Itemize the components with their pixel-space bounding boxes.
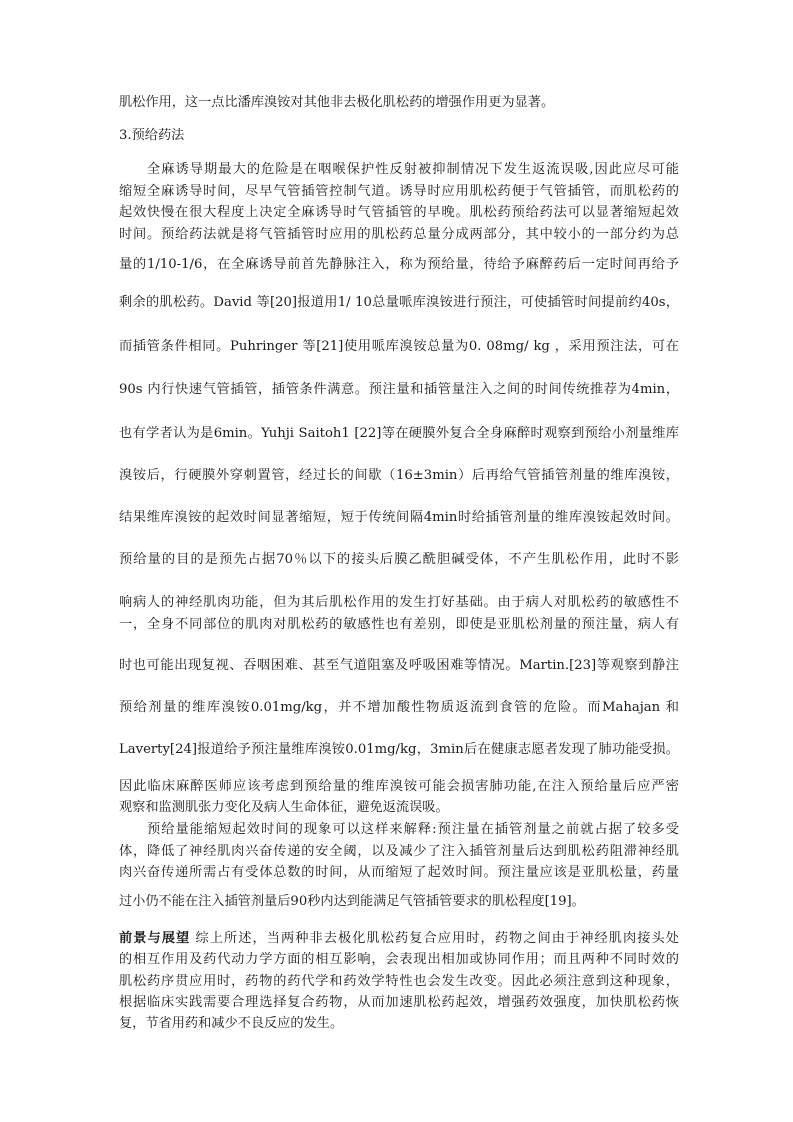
line-text: 也有学者认为是6min。Yuhji Saitoh1 [22]等在硬膜外复合全身麻…	[119, 426, 679, 441]
text-line: 肌松药序贯应用时，药物的药代学和药效学特性也会发生改变。因此必须注意到这种现象，	[119, 973, 679, 991]
text-line: 肉兴奋传递所需占有受体总数的时间，从而缩短了起效时间。预注量应该是亚肌松量，药量	[119, 864, 679, 882]
text-line: 根据临床实践需要合理选择复合药物，从而加速肌松药起效，增强药效强度，加快肌松药恢	[119, 994, 679, 1012]
line-text: 溴铵后，行硬膜外穿刺置管，经过长的间歇（16±3min）后再给气管插管剂量的维库…	[119, 468, 679, 483]
line-text: 因此临床麻醉医师应该考虑到预给量的维库溴铵可能会损害肺功能,在注入预给量后应严密	[119, 779, 679, 794]
line-text: 根据临床实践需要合理选择复合药物，从而加速肌松药起效，增强药效强度，加快肌松药恢	[119, 995, 679, 1010]
line-text: 量的1/10-1/6，在全麻诱导前首先静脉注入，称为预给量，待给予麻醉药后一定时…	[119, 257, 679, 272]
text-line: 响病人的神经肌肉功能，但为其后肌松作用的发生打好基础。由于病人对肌松药的敏感性不	[119, 594, 679, 612]
text-line: 起效快慢在很大程度上决定全麻诱导时气管插管的早晚。肌松药预给药法可以显著缩短起效	[119, 204, 679, 222]
line-text: 一，全身不同部位的肌肉对肌松药的敏感性也有差别，即使是亚肌松剂量的预注量，病人有	[119, 617, 679, 632]
line-text: 肌松作用，这一点比潘库溴铵对其他非去极化肌松药的增强作用更为显著。	[119, 95, 554, 110]
text-line: 过小仍不能在注入插管剂量后90秒内达到能满足气管插管要求的肌松程度[19]。	[119, 893, 679, 911]
text-line: 预给量的目的是预先占据70％以下的接头后膜乙酰胆碱受体，不产生肌松作用，此时不影	[119, 551, 679, 569]
text-line: Laverty[24]报道给予预注量维库溴铵0.01mg/kg，3min后在健康…	[119, 741, 679, 759]
line-text: 预给剂量的维库溴铵0.01mg/kg，并不增加酸性物质返流到食管的危险。而Mah…	[119, 700, 679, 715]
section-heading-line: 前景与展望 综上所述，当两种非去极化肌松药复合应用时，药物之间由于神经肌肉接头处	[119, 930, 679, 948]
line-text: 时间。预给药法就是将气管插管时应用的肌松药总量分成两部分，其中较小的一部分约为总	[119, 227, 679, 242]
text-line: 3.预给药法	[119, 127, 679, 145]
line-text: 过小仍不能在注入插管剂量后90秒内达到能满足气管插管要求的肌松程度[19]。	[119, 894, 585, 909]
line-text: 预给量能缩短起效时间的现象可以这样来解释:预注量在插管剂量之前就占据了较多受	[147, 822, 679, 837]
text-line: 预给剂量的维库溴铵0.01mg/kg，并不增加酸性物质返流到食管的危险。而Mah…	[119, 699, 679, 717]
line-text: 起效快慢在很大程度上决定全麻诱导时气管插管的早晚。肌松药预给药法可以显著缩短起效	[119, 205, 679, 220]
text-line: 时也可能出现复视、吞咽困难、甚至气道阻塞及呼吸困难等情况。Martin.[23]…	[119, 657, 679, 675]
text-line: 量的1/10-1/6，在全麻诱导前首先静脉注入，称为预给量，待给予麻醉药后一定时…	[119, 256, 679, 274]
text-line: 预给量能缩短起效时间的现象可以这样来解释:预注量在插管剂量之前就占据了较多受	[147, 821, 679, 839]
line-text: 复，节省用药和减少不良反应的发生。	[119, 1016, 343, 1031]
section-heading: 前景与展望	[119, 931, 190, 946]
text-line: 也有学者认为是6min。Yuhji Saitoh1 [22]等在硬膜外复合全身麻…	[119, 425, 679, 443]
line-text: 而插管条件相同。Puhringer 等[21]使用哌库溴铵总量为0. 08mg/…	[119, 339, 679, 354]
text-line: 结果维库溴铵的起效时间显著缩短，短于传统间隔4min时给插管剂量的维库溴铵起效时…	[119, 509, 679, 527]
document-page: 肌松作用，这一点比潘库溴铵对其他非去极化肌松药的增强作用更为显著。3.预给药法全…	[0, 0, 793, 1122]
line-text: 肌松药序贯应用时，药物的药代学和药效学特性也会发生改变。因此必须注意到这种现象，	[119, 974, 679, 989]
line-text: 预给量的目的是预先占据70％以下的接头后膜乙酰胆碱受体，不产生肌松作用，此时不影	[119, 552, 679, 567]
line-text: 体，降低了神经肌肉兴奋传递的安全阈，以及减少了注入插管剂量后达到肌松药阻滞神经肌	[119, 844, 679, 859]
line-text: 综上所述，当两种非去极化肌松药复合应用时，药物之间由于神经肌肉接头处	[190, 931, 679, 946]
text-line: 90s 内行快速气管插管，插管条件满意。预注量和插管量注入之间的时间传统推荐为4…	[119, 381, 679, 399]
text-line: 因此临床麻醉医师应该考虑到预给量的维库溴铵可能会损害肺功能,在注入预给量后应严密	[119, 778, 679, 796]
text-line: 全麻诱导期最大的危险是在咽喉保护性反射被抑制情况下发生返流误吸,因此应尽可能	[147, 161, 679, 179]
text-line: 的相互作用及药代动力学方面的相互影响，会表现出相加或协同作用；而且两种不同时效的	[119, 951, 679, 969]
text-line: 缩短全麻诱导时间，尽早气管插管控制气道。诱导时应用肌松药便于气管插管，而肌松药的	[119, 183, 679, 201]
line-text: 观察和监测肌张力变化及病人生命体征，避免返流误吸。	[119, 800, 449, 815]
text-line: 一，全身不同部位的肌肉对肌松药的敏感性也有差别，即使是亚肌松剂量的预注量，病人有	[119, 616, 679, 634]
line-text: 响病人的神经肌肉功能，但为其后肌松作用的发生打好基础。由于病人对肌松药的敏感性不	[119, 595, 679, 610]
text-line: 时间。预给药法就是将气管插管时应用的肌松药总量分成两部分，其中较小的一部分约为总	[119, 226, 679, 244]
line-text: 的相互作用及药代动力学方面的相互影响，会表现出相加或协同作用；而且两种不同时效的	[119, 952, 679, 967]
text-line: 体，降低了神经肌肉兴奋传递的安全阈，以及减少了注入插管剂量后达到肌松药阻滞神经肌	[119, 843, 679, 861]
line-text: 时也可能出现复视、吞咽困难、甚至气道阻塞及呼吸困难等情况。Martin.[23]…	[119, 658, 679, 673]
line-text: 结果维库溴铵的起效时间显著缩短，短于传统间隔4min时给插管剂量的维库溴铵起效时…	[119, 510, 679, 525]
line-text: Laverty[24]报道给予预注量维库溴铵0.01mg/kg，3min后在健康…	[119, 742, 679, 757]
text-line: 而插管条件相同。Puhringer 等[21]使用哌库溴铵总量为0. 08mg/…	[119, 338, 679, 356]
line-text: 缩短全麻诱导时间，尽早气管插管控制气道。诱导时应用肌松药便于气管插管，而肌松药的	[119, 184, 679, 199]
text-line: 观察和监测肌张力变化及病人生命体征，避免返流误吸。	[119, 799, 679, 817]
line-text: 90s 内行快速气管插管，插管条件满意。预注量和插管量注入之间的时间传统推荐为4…	[119, 382, 679, 397]
text-line: 溴铵后，行硬膜外穿刺置管，经过长的间歇（16±3min）后再给气管插管剂量的维库…	[119, 467, 679, 485]
text-line: 肌松作用，这一点比潘库溴铵对其他非去极化肌松药的增强作用更为显著。	[119, 94, 679, 112]
line-text: 肉兴奋传递所需占有受体总数的时间，从而缩短了起效时间。预注量应该是亚肌松量，药量	[119, 865, 679, 880]
line-text: 全麻诱导期最大的危险是在咽喉保护性反射被抑制情况下发生返流误吸,因此应尽可能	[147, 162, 679, 177]
text-line: 剩余的肌松药。David 等[20]报道用1/ 10总量哌库溴铵进行预注，可使插…	[119, 294, 679, 312]
line-text: 剩余的肌松药。David 等[20]报道用1/ 10总量哌库溴铵进行预注，可使插…	[119, 295, 679, 310]
line-text: 3.预给药法	[119, 128, 184, 143]
text-line: 复，节省用药和减少不良反应的发生。	[119, 1015, 679, 1033]
